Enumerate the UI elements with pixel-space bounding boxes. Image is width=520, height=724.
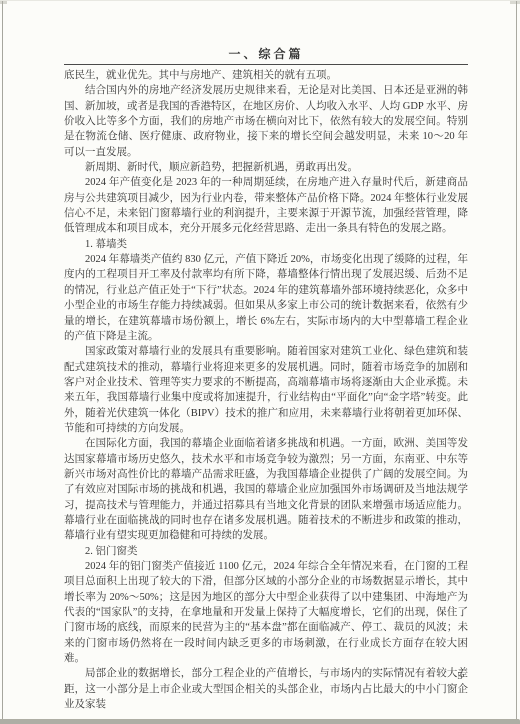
paragraph: 底民生，就业优先。其中与房地产、建筑相关的就有五项。 <box>64 68 468 83</box>
subheading-curtain-wall: 1. 幕墙类 <box>64 237 468 252</box>
subheading-aluminum-windows: 2. 铝门窗类 <box>64 544 468 559</box>
scan-corner-mark <box>510 1 520 4</box>
page-edge-left <box>2 1 3 720</box>
paragraph: 新周期、新时代，顺应新趋势，把握新机遇，勇敢再出发。 <box>64 160 468 175</box>
paragraph: 国家政策对幕墙行业的发展具有重要影响。随着国家对建筑工业化、绿色建筑和装配式建筑… <box>64 344 468 436</box>
paragraph: 2024 年幕墙类产值约 830 亿元，产值下降近 20%，市场变化出现了缓降的… <box>64 252 468 344</box>
header-rule <box>64 64 468 65</box>
scanned-page: 一、综合篇 底民生，就业优先。其中与房地产、建筑相关的就有五项。 结合国内外的房… <box>0 0 520 724</box>
running-header: 一、综合篇 <box>64 47 468 65</box>
paragraph: 2024 年产值变化是 2023 年的一种周期延续，在房地产进入存量时代后，新建… <box>64 175 468 236</box>
section-title: 一、综合篇 <box>64 47 468 61</box>
page-body: 底民生，就业优先。其中与房地产、建筑相关的就有五项。 结合国内外的房地产经济发展… <box>64 68 468 712</box>
page-number: 5 <box>450 670 470 682</box>
paragraph: 结合国内外的房地产经济发展历史规律来看，无论是对比美国、日本还是亚洲的韩国、新加… <box>64 83 468 160</box>
page-edge-bottom <box>0 719 520 724</box>
page-edge-right <box>516 1 517 720</box>
paragraph: 在国际化方面，我国的幕墙企业面临着诸多挑战和机遇。一方面，欧洲、美国等发达国家幕… <box>64 436 468 543</box>
paragraph: 2024 年的铝门窗类产值接近 1100 亿元，2024 年综合全年情况来看，在… <box>64 559 468 666</box>
paragraph: 局部企业的数据增长，部分工程企业的产值增长，与市场内的实际情况有着较大差距，这一… <box>64 666 468 712</box>
